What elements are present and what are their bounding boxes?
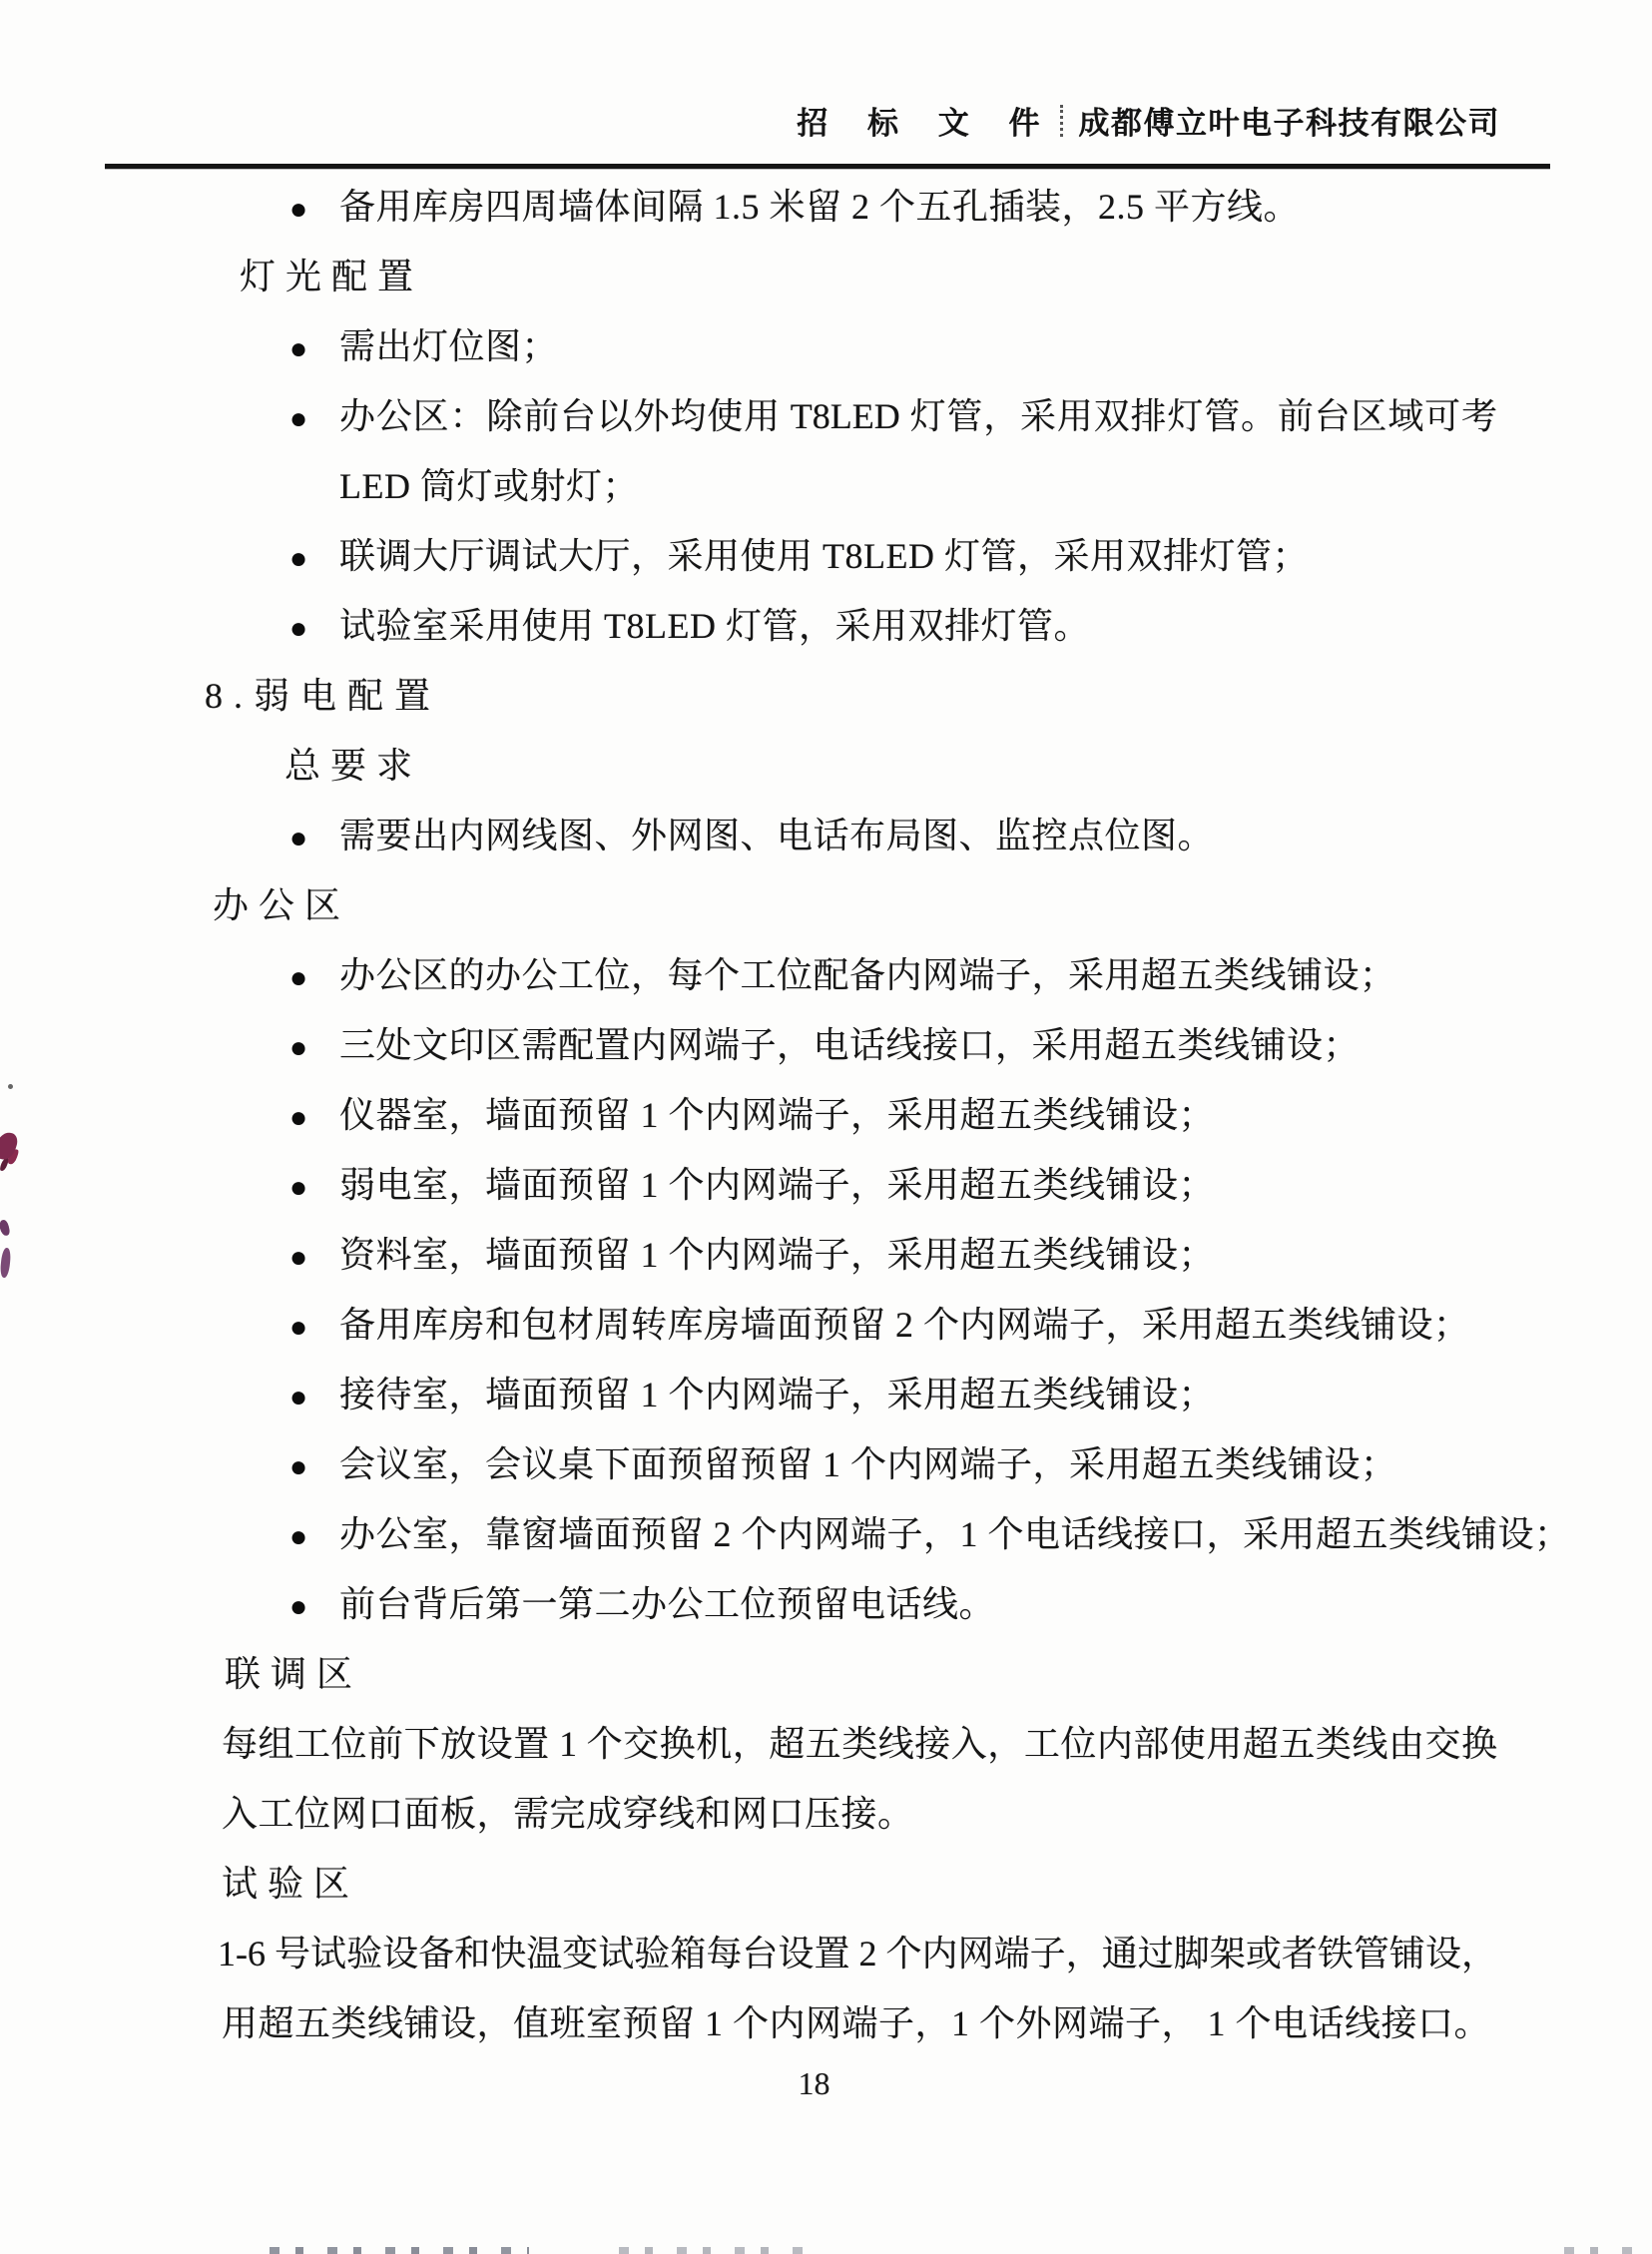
bullet-list-item: ●三处文印区需配置内网端子，电话线接口，采用超五类线铺设； xyxy=(0,1010,1652,1080)
line-text: 试验区 xyxy=(222,1864,359,1904)
bullet-icon: ● xyxy=(289,1293,339,1363)
bullet-list-item: ●需要出内网线图、外网图、电话布局图、监控点位图。 xyxy=(0,801,1652,870)
bullet-list-item: ●前台背后第一第二办公工位预留电话线。 xyxy=(0,1569,1652,1639)
bullet-icon: ● xyxy=(289,1572,339,1642)
bullet-icon: ● xyxy=(289,804,339,873)
paragraph-line: 1-6 号试验设备和快温变试验箱每台设置 2 个内网端子，通过脚架或者铁管铺设，… xyxy=(0,1919,1652,1988)
line-text: LED 筒灯或射灯； xyxy=(339,466,639,506)
line-text: 联调大厅调试大厅，采用使用 T8LED 灯管，采用双排灯管； xyxy=(339,536,1309,576)
line-text: 8.弱电配置 xyxy=(205,676,441,716)
bullet-icon: ● xyxy=(289,1083,339,1153)
bullet-icon: ● xyxy=(289,524,339,594)
bullet-list-item: ●需出灯位图； xyxy=(0,311,1652,381)
section-heading: 灯光配置 xyxy=(0,242,1652,311)
bullet-icon: ● xyxy=(289,1502,339,1572)
line-text: 办公区 xyxy=(213,885,350,925)
line-text: 办公区的办公工位，每个工位配备内网端子，采用超五类线铺设； xyxy=(339,955,1396,995)
numbered-section-heading: 8.弱电配置 xyxy=(0,661,1652,731)
bullet-icon: ● xyxy=(289,1153,339,1223)
bullet-list-item: ●办公区的办公工位，每个工位配备内网端子，采用超五类线铺设； xyxy=(0,940,1652,1010)
section-heading: 办公区 xyxy=(0,870,1652,940)
bullet-list-item: ●会议室，会议桌下面预留预留 1 个内网端子，采用超五类线铺设； xyxy=(0,1429,1652,1499)
line-text: 备用库房和包材周转库房墙面预留 2 个内网端子，采用超五类线铺设； xyxy=(339,1305,1470,1345)
line-text: 总要求 xyxy=(284,746,422,786)
bullet-icon: ● xyxy=(289,1223,339,1293)
bullet-icon: ● xyxy=(289,314,339,384)
page-header: 招 标 文 件 成都傅立叶电子科技有限公司 xyxy=(797,98,1500,143)
line-text: 弱电室，墙面预留 1 个内网端子，采用超五类线铺设； xyxy=(339,1165,1215,1205)
line-text: 用超五类线铺设，值班室预留 1 个内网端子，1 个外网端子， 1 个电话线接口。 xyxy=(222,2003,1490,2043)
bullet-list-item: ●办公区：除前台以外均使用 T8LED 灯管，采用双排灯管。前台区域可考虑使用 xyxy=(0,381,1652,451)
paragraph-line: 入工位网口面板，需完成穿线和网口压接。 xyxy=(0,1779,1652,1849)
bullet-list-item: ●仪器室，墙面预留 1 个内网端子，采用超五类线铺设； xyxy=(0,1080,1652,1150)
bullet-icon: ● xyxy=(289,1013,339,1083)
line-text: 办公区：除前台以外均使用 T8LED 灯管，采用双排灯管。前台区域可考虑使用 xyxy=(339,381,1497,451)
page-number: 18 xyxy=(0,2058,1640,2108)
bullet-list-item: ●联调大厅调试大厅，采用使用 T8LED 灯管，采用双排灯管； xyxy=(0,521,1652,591)
header-rule xyxy=(105,164,1550,169)
line-text: 联调区 xyxy=(225,1654,362,1694)
doc-type-label: 招 标 文 件 xyxy=(797,98,1055,143)
line-text: 会议室，会议桌下面预留预留 1 个内网端子，采用超五类线铺设； xyxy=(339,1444,1397,1484)
line-text: 前台背后第一第二办公工位预留电话线。 xyxy=(339,1584,995,1624)
bullet-list-item: ●试验室采用使用 T8LED 灯管，采用双排灯管。 xyxy=(0,591,1652,661)
bullet-icon: ● xyxy=(289,384,339,454)
line-text: 1-6 号试验设备和快温变试验箱每台设置 2 个内网端子，通过脚架或者铁管铺设，… xyxy=(218,1919,1497,1988)
line-text: 灯光配置 xyxy=(240,257,423,296)
line-text: 接待室，墙面预留 1 个内网端子，采用超五类线铺设； xyxy=(339,1375,1215,1414)
section-heading: 试验区 xyxy=(0,1849,1652,1919)
bullet-list-item: ●备用库房和包材周转库房墙面预留 2 个内网端子，采用超五类线铺设； xyxy=(0,1290,1652,1360)
header-separator xyxy=(1060,105,1063,137)
line-text: 仪器室，墙面预留 1 个内网端子，采用超五类线铺设； xyxy=(339,1095,1215,1135)
section-heading: 联调区 xyxy=(0,1639,1652,1709)
line-text: 试验室采用使用 T8LED 灯管，采用双排灯管。 xyxy=(339,606,1090,646)
line-text: 办公室，靠窗墙面预留 2 个内网端子，1 个电话线接口，采用超五类线铺设； xyxy=(339,1514,1571,1554)
line-text: 入工位网口面板，需完成穿线和网口压接。 xyxy=(222,1794,914,1834)
company-name: 成都傅立叶电子科技有限公司 xyxy=(1079,98,1501,143)
section-heading: 总要求 xyxy=(0,731,1652,801)
bullet-icon: ● xyxy=(289,175,339,245)
bullet-list-item: ●备用库房四周墙体间隔 1.5 米留 2 个五孔插装，2.5 平方线。 xyxy=(0,172,1652,242)
document-body: ●备用库房四周墙体间隔 1.5 米留 2 个五孔插装，2.5 平方线。灯光配置●… xyxy=(0,172,1652,2058)
paragraph-line: 每组工位前下放设置 1 个交换机，超五类线接入，工位内部使用超五类线由交换机接 xyxy=(0,1709,1652,1779)
bullet-icon: ● xyxy=(289,943,339,1013)
line-text: 每组工位前下放设置 1 个交换机，超五类线接入，工位内部使用超五类线由交换机接 xyxy=(222,1709,1497,1779)
bullet-list-item: ●接待室，墙面预留 1 个内网端子，采用超五类线铺设； xyxy=(0,1360,1652,1429)
line-text: 资料室，墙面预留 1 个内网端子，采用超五类线铺设； xyxy=(339,1235,1215,1275)
bullet-list-item: ●办公室，靠窗墙面预留 2 个内网端子，1 个电话线接口，采用超五类线铺设； xyxy=(0,1499,1652,1569)
line-text: 需出灯位图； xyxy=(339,326,558,366)
line-text: 需要出内网线图、外网图、电话布局图、监控点位图。 xyxy=(339,816,1214,855)
bullet-list-item: ●资料室，墙面预留 1 个内网端子，采用超五类线铺设； xyxy=(0,1220,1652,1290)
line-text: 备用库房四周墙体间隔 1.5 米留 2 个五孔插装，2.5 平方线。 xyxy=(339,187,1300,227)
cutoff-footer-artifact xyxy=(619,2247,819,2254)
continuation-line: LED 筒灯或射灯； xyxy=(0,451,1652,521)
cutoff-footer-artifact xyxy=(270,2247,529,2254)
paragraph-line: 用超五类线铺设，值班室预留 1 个内网端子，1 个外网端子， 1 个电话线接口。 xyxy=(0,1988,1652,2058)
line-text: 三处文印区需配置内网端子，电话线接口，采用超五类线铺设； xyxy=(339,1025,1360,1065)
document-page: 招 标 文 件 成都傅立叶电子科技有限公司 ●备用库房四周墙体间隔 1.5 米留… xyxy=(0,0,1652,2254)
bullet-list-item: ●弱电室，墙面预留 1 个内网端子，采用超五类线铺设； xyxy=(0,1150,1652,1220)
bullet-icon: ● xyxy=(289,1363,339,1432)
cutoff-footer-artifact xyxy=(1564,2247,1634,2254)
bullet-icon: ● xyxy=(289,594,339,664)
bullet-icon: ● xyxy=(289,1432,339,1502)
